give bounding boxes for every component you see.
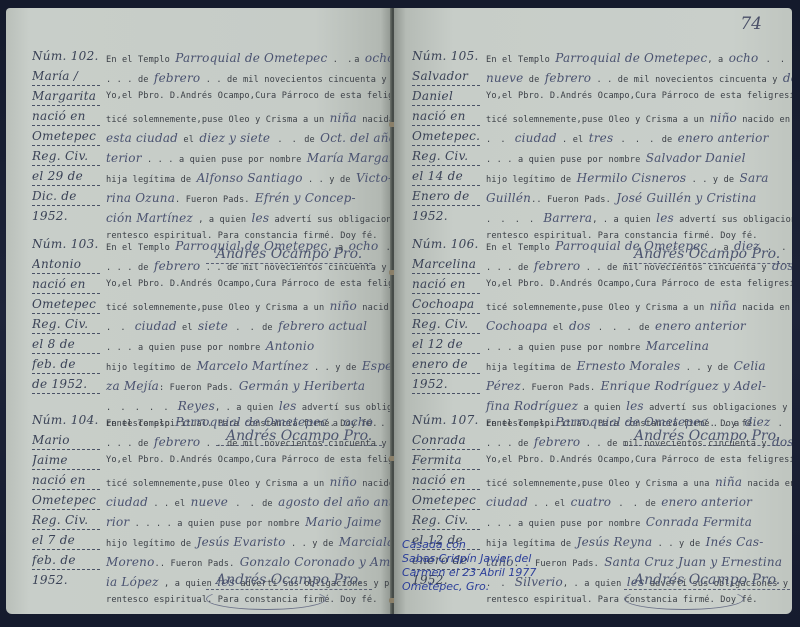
entry-row: nació en ticé solemnemente,puse Oleo y C… — [394, 108, 792, 128]
marriage-margin-note: Casada con Sabas Crispín Javier del Carm… — [402, 538, 542, 594]
entry-line-5: ciudad . . el cuatro . . de enero anteri… — [486, 495, 752, 509]
entry-row: 1952. ción Martínez , a quien les advert… — [6, 208, 392, 228]
entry-row: Ometepec esta ciudad el diez y siete . .… — [6, 128, 392, 148]
entry-line-5: esta ciudad el diez y siete . . de Oct. … — [106, 131, 392, 145]
margin-year: 1952. — [32, 572, 100, 589]
entry-row: nació en Yo,el Pbro. D.Andrés Ocampo,Cur… — [394, 276, 792, 296]
entry-103: Núm. 103. En el Templo Parroquial de Ome… — [6, 236, 392, 436]
margin-registry-date: el 7 de — [32, 532, 100, 550]
margin-registry: Reg. Civ. — [32, 512, 100, 530]
entry-line-4: ticé solemnemente,puse Oleo y Crisma a u… — [106, 475, 392, 489]
entry-line-1: En el Templo Parroquial de Ometepec a oc… — [106, 415, 392, 429]
entry-row: Ometepec ciudad . . el nueve . . de agos… — [6, 492, 392, 512]
entry-row: Ometepec ticé solemnemente,puse Oleo y C… — [6, 296, 392, 316]
entry-line-1: En el Templo Parroquial de Ometepec, a o… — [486, 51, 787, 65]
entry-number: Núm. 106. — [412, 236, 480, 253]
entry-line-4: ticé solemnemente,puse Oleo y Crisma a u… — [106, 299, 392, 313]
entry-line-6: . . . a quien puse por nombre Salvador D… — [486, 151, 746, 165]
entry-row: Jaime Yo,el Pbro. D.Andrés Ocampo,Cura P… — [6, 452, 392, 472]
entry-line-2: nueve de febrero . . de mil novecientos … — [486, 71, 792, 85]
entry-line-3: Yo,el Pbro. D.Andrés Ocampo,Cura Párroco… — [106, 455, 392, 465]
entry-row: Daniel Yo,el Pbro. D.Andrés Ocampo,Cura … — [394, 88, 792, 108]
signature-flourish — [206, 588, 326, 610]
entry-line-6: terior . . . a quien puse por nombre Mar… — [106, 151, 392, 165]
entry-line-3: Yo,el Pbro. D.Andrés Ocampo,Cura Párroco… — [486, 91, 792, 101]
register-book: Núm. 102. En el Templo Parroquial de Ome… — [6, 8, 792, 614]
entry-row: Ometepec ciudad . . el cuatro . . de ene… — [394, 492, 792, 512]
entry-number: Núm. 103. — [32, 236, 100, 253]
entry-line-7: hijo legítimo de Hermilo Cisneros . . y … — [486, 171, 769, 185]
entry-row: el 7 de hijo legítimo de Jesús Evaristo … — [6, 532, 392, 552]
entry-line-1: En el Templo Parroquial de Ometepec, a o… — [106, 239, 392, 253]
margin-place: Ometepec — [32, 492, 100, 510]
entry-row: Reg. Civ. . . . a quien puse por nombre … — [394, 148, 792, 168]
entry-line-6: . . . a quien puse por nombre Antonio — [106, 339, 314, 353]
note-line: Casada con — [402, 538, 542, 552]
entry-102: Núm. 102. En el Templo Parroquial de Ome… — [6, 48, 392, 248]
margin-place: Ometepec — [412, 492, 480, 510]
entry-line-3: Yo,el Pbro. D.Andrés Ocampo,Cura Párroco… — [106, 91, 392, 101]
entry-row: 1952. . . . . Barrera, . a quien les adv… — [394, 208, 792, 228]
entry-row: de 1952. za Mejía: Fueron Pads. Germán y… — [6, 376, 392, 396]
note-line: Ometepec, Gro. — [402, 580, 542, 594]
margin-name: Conrada — [412, 432, 480, 450]
entry-row: rentesco espiritual. Para constancia fir… — [6, 592, 392, 612]
margin-birth: nació en — [32, 276, 100, 294]
note-line: Carmen el 23 Abril 1977 — [402, 566, 542, 580]
margin-registry-month: feb. de — [32, 552, 100, 570]
entry-line-7: hijo legítimo de Jesús Evaristo . . y de… — [106, 535, 392, 549]
entry-line-3: Yo,el Pbro. D.Andrés Ocampo,Cura Párroco… — [106, 279, 392, 289]
margin-registry: Reg. Civ. — [32, 148, 100, 166]
entry-line-4: ticé solemnemente,puse Oleo y Crisma a u… — [486, 111, 792, 125]
margin-place: Ometepec. — [412, 128, 480, 146]
margin-year: 1952. — [412, 376, 480, 394]
margin-birth: nació en — [412, 276, 480, 294]
margin-name: Marcelina — [412, 256, 480, 274]
entry-row: el 8 de . . . a quien puse por nombre An… — [6, 336, 392, 356]
entry-row: feb. de Moreno.. Fueron Pads. Gonzalo Co… — [6, 552, 392, 572]
entry-row: Margarita Yo,el Pbro. D.Andrés Ocampo,Cu… — [6, 88, 392, 108]
scene-background: Núm. 102. En el Templo Parroquial de Ome… — [0, 0, 800, 627]
margin-name: Daniel — [412, 88, 480, 106]
margin-registry: Reg. Civ. — [32, 316, 100, 334]
entry-line-2: . . . de febrero . . de mil novecientos … — [106, 71, 392, 85]
entry-number: Núm. 104. — [32, 412, 100, 429]
margin-birth: nació en — [412, 472, 480, 490]
entry-row: Núm. 102. En el Templo Parroquial de Ome… — [6, 48, 392, 68]
entry-line-9: ción Martínez , a quien les advertí sus … — [106, 211, 392, 225]
entry-line-1: En el Templo Parroquial de Ometepec . .a… — [106, 51, 392, 65]
margin-name: Mario — [32, 432, 100, 450]
entry-row: Fermita Yo,el Pbro. D.Andrés Ocampo,Cura… — [394, 452, 792, 472]
entry-line-8: rina Ozuna. Fueron Pads. Efrén y Concep- — [106, 191, 356, 205]
entry-line-4: ticé solemnemente,puse Oleo y Crisma a u… — [486, 299, 792, 313]
entry-row: 1952. Pérez. Fueron Pads. Enrique Rodríg… — [394, 376, 792, 396]
margin-registry-month: feb. de — [32, 356, 100, 374]
entry-line-2: . . . de febrero . . de mil novecientos … — [106, 435, 392, 449]
entry-row: María / . . . de febrero . . de mil nove… — [6, 68, 392, 88]
right-page: 74 Núm. 105. En el Templo Parroquial de … — [394, 8, 792, 614]
entry-row: Marcelina . . . de febrero . . de mil no… — [394, 256, 792, 276]
entry-105: Núm. 105. En el Templo Parroquial de Ome… — [394, 48, 792, 248]
entry-104: Núm. 104. En el Templo Parroquial de Ome… — [6, 412, 392, 612]
entry-106: Núm. 106. En el Templo Parroquial de Ome… — [394, 236, 792, 436]
entry-row: feb. de hijo legítimo de Marcelo Martíne… — [6, 356, 392, 376]
entry-row: nació en ticé solemnemente,puse Oleo y C… — [6, 472, 392, 492]
entry-line-5: . . ciudad el siete . . de febrero actua… — [106, 319, 367, 333]
entry-line-9: . . . . Barrera, . a quien les advertí s… — [486, 211, 792, 225]
entry-row: Cochoapa ticé solemnemente,puse Oleo y C… — [394, 296, 792, 316]
entry-line-6: . . . a quien puse por nombre Conrada Fe… — [486, 515, 752, 529]
entry-row: nació en ticé solemnemente,puse Oleo y C… — [394, 472, 792, 492]
entry-row: Reg. Civ. Cochoapa el dos . . . de enero… — [394, 316, 792, 336]
margin-birth: nació en — [32, 472, 100, 490]
margin-birth: nació en — [412, 108, 480, 126]
margin-place: Ometepec — [32, 128, 100, 146]
margin-name: Margarita — [32, 88, 100, 106]
margin-name: Antonio — [32, 256, 100, 274]
entry-number: Núm. 105. — [412, 48, 480, 65]
entry-row: Reg. Civ. terior . . . a quien puse por … — [6, 148, 392, 168]
entry-line-6: rior . . . . a quien puse por nombre Mar… — [106, 515, 382, 529]
entry-row: Núm. 105. En el Templo Parroquial de Ome… — [394, 48, 792, 68]
margin-registry-date: el 8 de — [32, 336, 100, 354]
entry-line-7: hija legítima de Alfonso Santiago . . y … — [106, 171, 392, 185]
entry-row: Núm. 104. En el Templo Parroquial de Ome… — [6, 412, 392, 432]
entry-line-8: Moreno.. Fueron Pads. Gonzalo Coronado y… — [106, 555, 392, 569]
entry-row: Núm. 107. En el Templo Parroquial de Ome… — [394, 412, 792, 432]
margin-registry-month: Dic. de — [32, 188, 100, 206]
margin-registry-date: el 12 de — [412, 336, 480, 354]
entry-row: Mario . . . de febrero . . de mil noveci… — [6, 432, 392, 452]
entry-line-3: Yo,el Pbro. D.Andrés Ocampo,Cura Párroco… — [486, 455, 792, 465]
priest-signature: Andrés Ocampo Pro. — [206, 572, 372, 590]
margin-name: Salvador — [412, 68, 480, 86]
margin-year: de 1952. — [32, 376, 100, 394]
margin-registry: Reg. Civ. — [412, 512, 480, 530]
margin-place: Cochoapa — [412, 296, 480, 314]
entry-row: Enero de Guillén.. Fueron Pads. José Gui… — [394, 188, 792, 208]
entry-row: Conrada . . . de febrero . . de mil nove… — [394, 432, 792, 452]
entry-row: Núm. 103. En el Templo Parroquial de Ome… — [6, 236, 392, 256]
entry-row: el 14 de hijo legítimo de Hermilo Cisner… — [394, 168, 792, 188]
left-page: Núm. 102. En el Templo Parroquial de Ome… — [6, 8, 392, 614]
priest-signature: Andrés Ocampo Pro. — [624, 572, 790, 590]
entry-row: el 29 de hija legítima de Alfonso Santia… — [6, 168, 392, 188]
margin-birth: nació en — [32, 108, 100, 126]
entry-line-5: Cochoapa el dos . . . de enero anterior — [486, 319, 746, 333]
entry-row: el 12 de . . . a quien puse por nombre M… — [394, 336, 792, 356]
entry-line-7: hijo legítimo de Marcelo Martínez . . y … — [106, 359, 392, 373]
entry-row: Reg. Civ. . . . a quien puse por nombre … — [394, 512, 792, 532]
entry-row: Ometepec. . . ciudad . el tres . . . de … — [394, 128, 792, 148]
entry-line-2: . . . de febrero . . de mil novecientos … — [486, 259, 792, 273]
margin-name: Fermita — [412, 452, 480, 470]
entry-row: Reg. Civ. rior . . . . a quien puse por … — [6, 512, 392, 532]
margin-year: 1952. — [32, 208, 100, 225]
entry-line-7: hija legítima de Ernesto Morales . . y d… — [486, 359, 766, 373]
entry-line-8: za Mejía: Fueron Pads. Germán y Heribert… — [106, 379, 365, 393]
entry-line-8: Pérez. Fueron Pads. Enrique Rodríguez y … — [486, 379, 766, 393]
margin-registry-month: Enero de — [412, 188, 480, 206]
entry-line-5: . . ciudad . el tres . . . de enero ante… — [486, 131, 769, 145]
entry-line-2: . . . de febrero . . de mil novecientos … — [486, 435, 792, 449]
entry-line-8: Guillén.. Fueron Pads. José Guillén y Cr… — [486, 191, 757, 205]
entry-line-1: En el Templo Parroquial de Ometepec . a … — [486, 239, 792, 253]
margin-registry-date: el 14 de — [412, 168, 480, 186]
page-number: 74 — [740, 14, 762, 34]
entry-line-2: . . . de febrero . . de mil novecientos … — [106, 259, 392, 273]
margin-name: Jaime — [32, 452, 100, 470]
entry-line-5: ciudad . . el nueve . . de agosto del añ… — [106, 495, 392, 509]
entry-row: nació en ticé solemnemente,puse Oleo y C… — [6, 108, 392, 128]
note-line: Sabas Crispín Javier del — [402, 552, 542, 566]
entry-line-6: . . . a quien puse por nombre Marcelina — [486, 339, 709, 353]
entry-line-4: ticé solemnemente,puse Oleo y Crisma a u… — [106, 111, 392, 125]
entry-line-3: Yo,el Pbro. D.Andrés Ocampo,Cura Párroco… — [486, 279, 792, 289]
entry-line-4: ticé solemnemente,puse Oleo y Crisma a u… — [486, 475, 792, 489]
margin-name: María / — [32, 68, 100, 86]
entry-row: Antonio . . . de febrero . . de mil nove… — [6, 256, 392, 276]
entry-row: Salvador nueve de febrero . . de mil nov… — [394, 68, 792, 88]
entry-row: Núm. 106. En el Templo Parroquial de Ome… — [394, 236, 792, 256]
margin-registry: Reg. Civ. — [412, 316, 480, 334]
entry-line-9: fina Rodríguez a quien les advertí sus o… — [486, 399, 792, 413]
entry-row: nació en Yo,el Pbro. D.Andrés Ocampo,Cur… — [6, 276, 392, 296]
entry-row: Dic. de rina Ozuna. Fueron Pads. Efrén y… — [6, 188, 392, 208]
entry-row: Reg. Civ. . . ciudad el siete . . de feb… — [6, 316, 392, 336]
margin-registry-date: el 29 de — [32, 168, 100, 186]
margin-place: Ometepec — [32, 296, 100, 314]
entry-line-1: En el Templo Parroquial de Ometepec . . … — [486, 415, 792, 429]
entry-number: Núm. 107. — [412, 412, 480, 429]
entry-row: enero de hija legítima de Ernesto Morale… — [394, 356, 792, 376]
entry-line-9: . . . . . Reyes, . a quien les advertí s… — [106, 399, 392, 413]
margin-registry: Reg. Civ. — [412, 148, 480, 166]
margin-year: 1952. — [412, 208, 480, 225]
entry-number: Núm. 102. — [32, 48, 100, 65]
signature-flourish — [624, 588, 744, 610]
margin-registry-month: enero de — [412, 356, 480, 374]
